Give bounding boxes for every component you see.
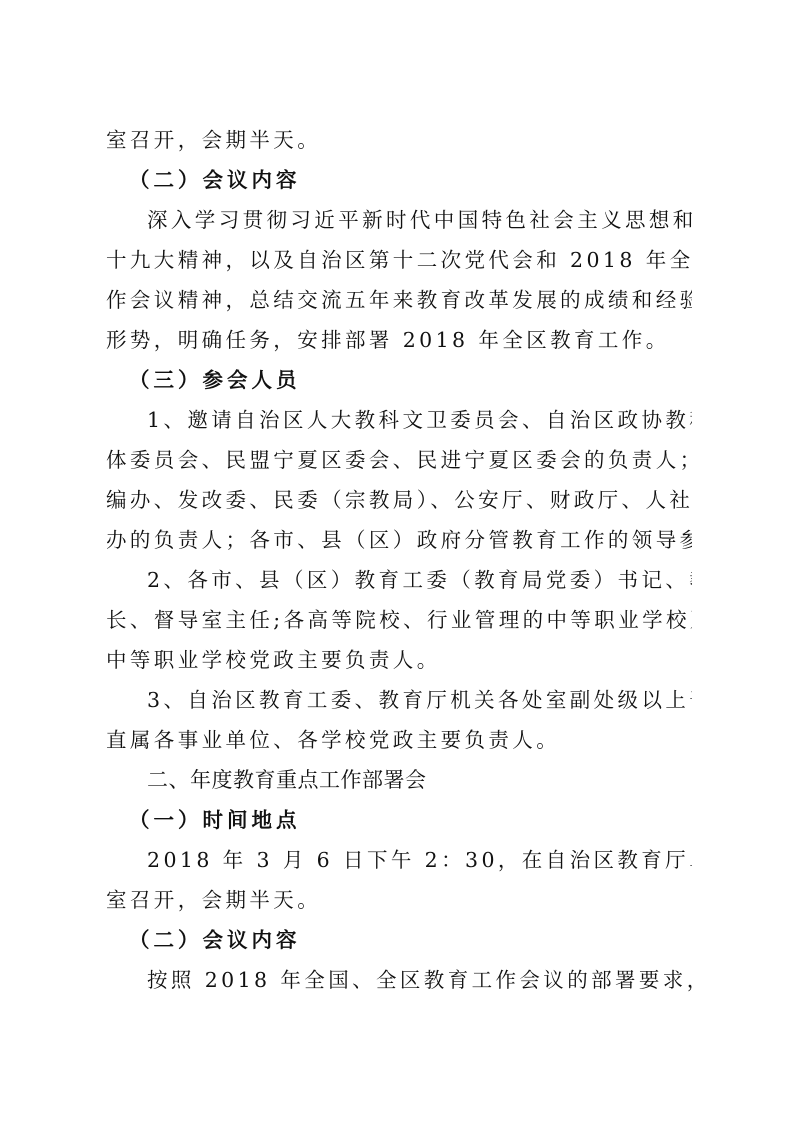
section-heading-deployment-meeting: 二、年度教育重点工作部署会 xyxy=(106,760,692,800)
text-line: 2、各市、县（区）教育工委（教育局党委）书记、教育局 xyxy=(106,560,692,600)
text-line: 作会议精神，总结交流五年来教育改革发展的成绩和经验，分析 xyxy=(106,280,692,320)
paragraph-meeting-content-2: 按照 2018 年全国、全区教育工作会议的部署要求，由教育 xyxy=(106,960,692,1000)
text-line: 室召开，会期半天。 xyxy=(106,880,692,920)
text-line: 直属各事业单位、各学校党政主要负责人。 xyxy=(106,720,692,760)
text-line: 室召开，会期半天。 xyxy=(106,120,692,160)
text-line: 1、邀请自治区人大教科文卫委员会、自治区政协教科文卫 xyxy=(106,400,692,440)
text-line: 形势，明确任务，安排部署 2018 年全区教育工作。 xyxy=(106,320,692,360)
text-line: 3、自治区教育工委、教育厅机关各处室副处级以上干部， xyxy=(106,680,692,720)
text-line: 2018 年 3 月 6 日下午 2：30，在自治区教育厅二楼 201 会议 xyxy=(106,840,692,880)
text-line: 十九大精神，以及自治区第十二次党代会和 2018 年全国教育工 xyxy=(106,240,692,280)
text-line: 编办、发改委、民委（宗教局）、公安厅、财政厅、人社厅、扶贫 xyxy=(106,480,692,520)
subheading-meeting-content: （二）会议内容 xyxy=(106,160,692,200)
text-line: 办的负责人；各市、县（区）政府分管教育工作的领导参加会议。 xyxy=(106,520,692,560)
continuation-text: 室召开，会期半天。 xyxy=(106,120,692,160)
paragraph-meeting-content: 深入学习贯彻习近平新时代中国特色社会主义思想和党的 十九大精神，以及自治区第十二… xyxy=(106,200,692,360)
subheading-meeting-content-2: （二）会议内容 xyxy=(106,920,692,960)
text-line: 体委员会、民盟宁夏区委会、民进宁夏区委会的负责人；自治区 xyxy=(106,440,692,480)
paragraph-time-place: 2018 年 3 月 6 日下午 2：30，在自治区教育厅二楼 201 会议 室… xyxy=(106,840,692,920)
subheading-attendees: （三）参会人员 xyxy=(106,360,692,400)
text-line: 长、督导室主任;各高等院校、行业管理的中等职业学校及民办 xyxy=(106,600,692,640)
text-line: 中等职业学校党政主要负责人。 xyxy=(106,640,692,680)
paragraph-attendees-1: 1、邀请自治区人大教科文卫委员会、自治区政协教科文卫 体委员会、民盟宁夏区委会、… xyxy=(106,400,692,560)
paragraph-attendees-2: 2、各市、县（区）教育工委（教育局党委）书记、教育局 长、督导室主任;各高等院校… xyxy=(106,560,692,680)
text-line: 按照 2018 年全国、全区教育工作会议的部署要求，由教育 xyxy=(106,960,692,1000)
text-line: 深入学习贯彻习近平新时代中国特色社会主义思想和党的 xyxy=(106,200,692,240)
subheading-time-place: （一）时间地点 xyxy=(106,800,692,840)
document-page: 室召开，会期半天。 （二）会议内容 深入学习贯彻习近平新时代中国特色社会主义思想… xyxy=(106,120,692,1000)
paragraph-attendees-3: 3、自治区教育工委、教育厅机关各处室副处级以上干部， 直属各事业单位、各学校党政… xyxy=(106,680,692,760)
